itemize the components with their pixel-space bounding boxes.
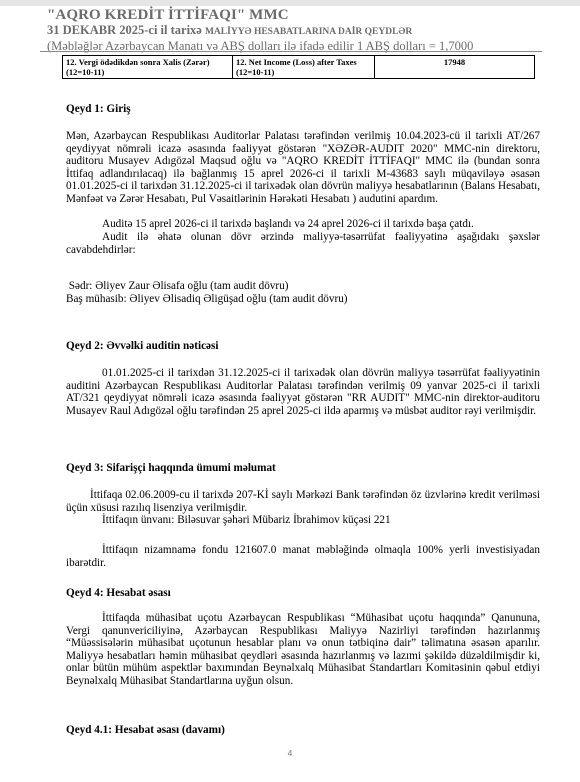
note4-paragraph: İttifaqda mühasibat uçotu Azərbaycan Res… [66,612,540,687]
note3-heading: Qeyd 3: Sifarişçi haqqında ümumi məlumat [66,462,540,475]
table-row: 12. Vergi ödədikdən sonra Xalis (Zərər) … [63,56,535,79]
note41-heading: Qeyd 4.1: Hesabat əsası (davamı) [66,724,540,737]
note1-accountant: Baş mühasib: Əliyev Əlisadiq Əligüşad oğ… [66,293,540,306]
row-label-en: 12. Net Income (Loss) after Taxes (12=10… [233,56,375,79]
page-number: 4 [0,748,580,758]
note4-heading: Qeyd 4: Hesabat əsası [66,587,540,600]
report-title: 31 DEKABR 2025-ci il tarixə MALİYYƏ HESA… [47,23,473,39]
note1-heading: Qeyd 1: Giriş [66,103,540,116]
note3-address: İttifaqın ünvanı: Biləsuvar şəhəri Mübar… [66,514,540,527]
note1-responsible-intro: Audit ilə əhatə olunan dövr ərzində mali… [66,231,540,256]
row-label-az: 12. Vergi ödədikdən sonra Xalis (Zərər) … [63,56,233,79]
report-date: 31 DEKABR 2025-ci il tarixə [47,23,205,37]
document-header: "AQRO KREDİT İTTİFAQI" MMC 31 DEKABR 202… [47,7,473,53]
note3-paragraph: İttifaqa 02.06.2009-cu il tarixdə 207-Kİ… [66,489,540,514]
note3-capital: İttifaqın nizamnamə fondu 121607.0 manat… [66,544,540,569]
note1-audit-dates: Auditə 15 aprel 2026-ci il tarixdə başla… [66,218,540,231]
note2-heading: Qeyd 2: Əvvəlki auditin nəticəsi [66,340,540,353]
financial-table: 12. Vergi ödədikdən sonra Xalis (Zərər) … [62,55,535,79]
page-top-bar [0,0,580,6]
row-value: 17948 [375,56,535,79]
note1-paragraph: Mən, Azərbaycan Respublikası Auditorlar … [66,130,540,205]
company-name: "AQRO KREDİT İTTİFAQI" MMC [47,7,473,23]
header-divider [40,51,542,52]
note2-paragraph: 01.01.2025-ci il tarixdən 31.12.2025-ci … [66,367,540,417]
note1-chair: Sədr: Əliyev Zaur Əlisafa oğlu (tam audi… [66,280,540,293]
report-subject: MALİYYƏ HESABATLARINA DAİR QEYDLƏR [205,27,412,37]
